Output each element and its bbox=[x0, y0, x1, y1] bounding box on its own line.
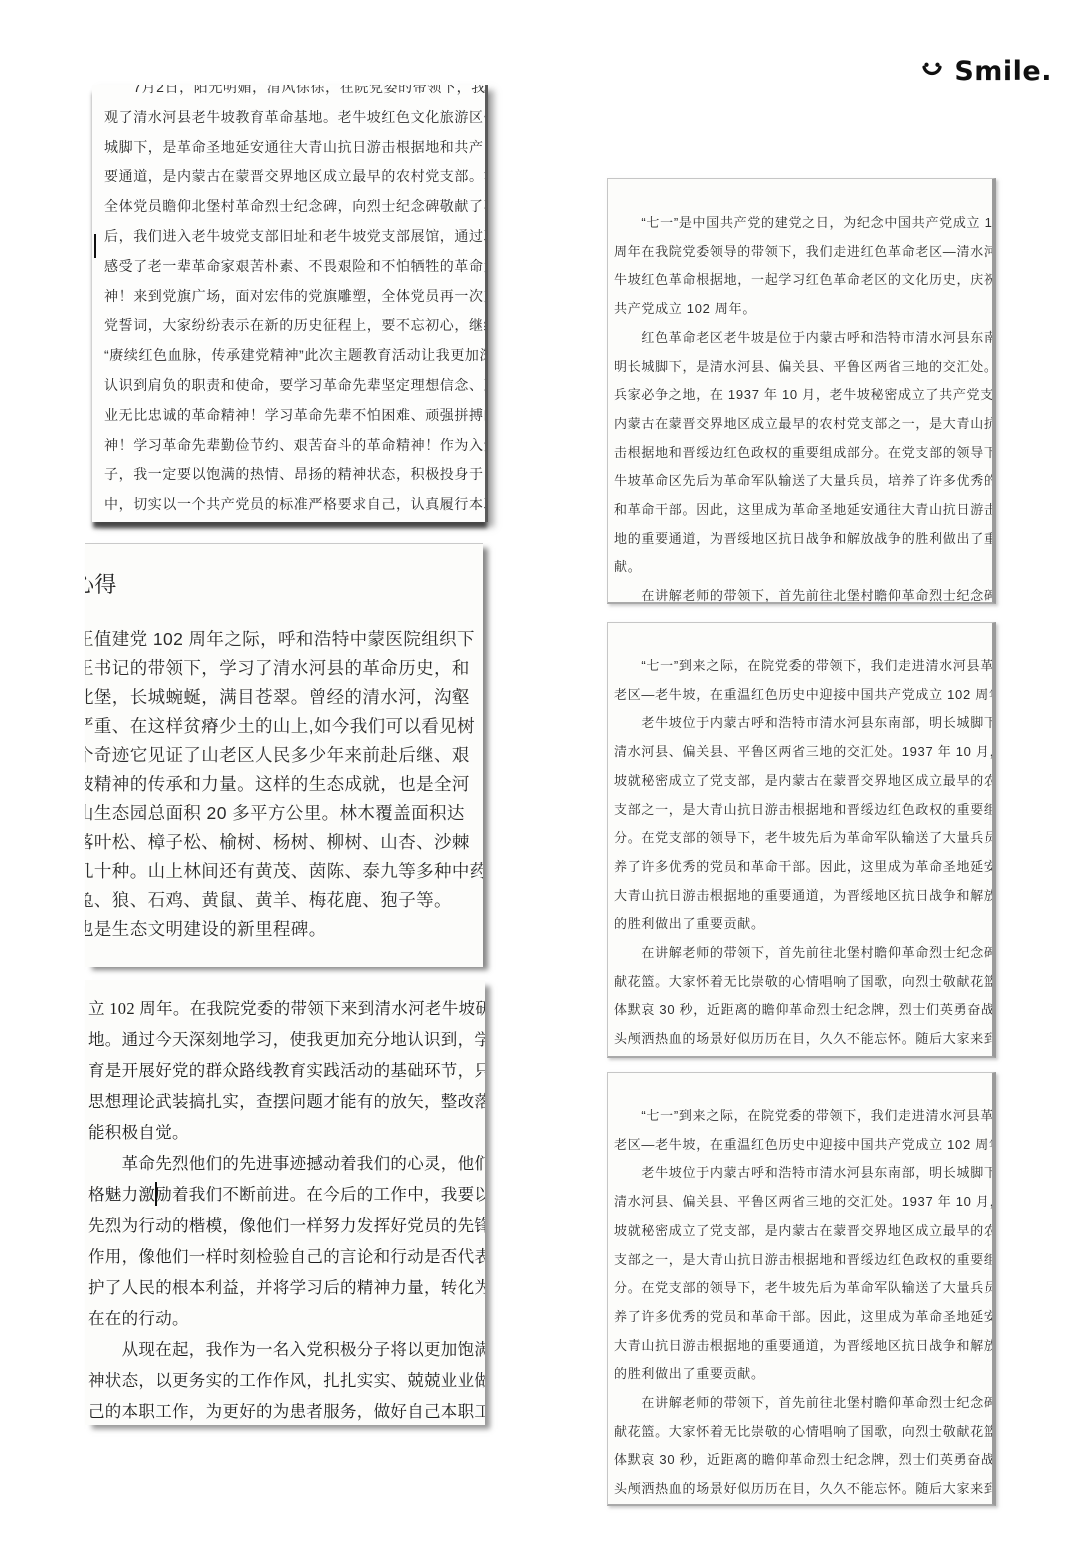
text-line: 坡精神的传承和力量。这样的生态成就，也是全河 bbox=[85, 770, 483, 799]
text-line: 共产党成立 102 周年。 bbox=[614, 295, 992, 324]
text-line: 己的本职工作，为更好的为患者服务，做好自己本职工作 bbox=[88, 1396, 485, 1425]
text-line: 7月2日，阳光明媚，清风徐徐，在院党委的带领下，我们参 bbox=[104, 85, 485, 103]
text-line: 周年在我院党委领导的带领下，我们走进红色革命老区—清水河县老 bbox=[614, 238, 992, 267]
text-line: 严重、在这样贫瘠少土的山上,如今我们可以看见树 bbox=[85, 712, 483, 741]
text-line: 红色革命老区老牛坡是位于内蒙古呼和浩特市清水河县东南部， bbox=[614, 324, 992, 353]
document-screenshot-left-2: 心得 正值建党 102 周年之际，呼和浩特中蒙医院组织下王书记的带领下，学习了清… bbox=[85, 543, 483, 967]
document-text: “七一”到来之际，在院党委的带领下，我们走进清水河县革命老区—老牛坡，在重温红色… bbox=[614, 1102, 992, 1504]
text-line: 能积极自觉。 bbox=[88, 1117, 485, 1148]
text-cursor-icon bbox=[94, 234, 96, 258]
text-line: “七一”到来之际，在院党委的带领下，我们走进清水河县革命 bbox=[614, 1102, 992, 1131]
text-line: 头颅洒热血的场景好似历历在目，久久不能忘怀。随后大家来到老牛 bbox=[614, 1475, 992, 1504]
text-line: 中，切实以一个共产党员的标准严格要求自己，认真履行本职工作 bbox=[104, 490, 485, 520]
text-line: 神！学习革命先辈勤俭节约、艰苦奋斗的革命精神！作为入党积极分 bbox=[104, 431, 485, 461]
text-line: 护了人民的根本利益，并将学习后的精神力量，转化为实 bbox=[88, 1272, 485, 1303]
text-line: 分。在党支部的领导下，老牛坡先后为革命军队输送了大量兵员，培 bbox=[614, 1274, 992, 1303]
text-line: 大青山抗日游击根据地的重要通道，为晋绥地区抗日战争和解放战争 bbox=[614, 1332, 992, 1361]
text-line: 献花篮。大家怀着无比崇敬的心情唱响了国歌，向烈士敬献花篮，全 bbox=[614, 968, 992, 997]
text-line: 献。 bbox=[614, 553, 992, 582]
text-line: 山生态园总面积 20 多平方公里。林木覆盖面积达 bbox=[85, 799, 483, 828]
text-line: 头颅洒热血的场景好似历历在目，久久不能忘怀。随后大家来到老牛 bbox=[614, 1025, 992, 1054]
text-line: 在讲解老师的带领下，首先前往北堡村瞻仰革命烈士纪念碑并敬 bbox=[614, 939, 992, 968]
smiley-icon bbox=[917, 57, 947, 87]
text-line: 全体党员瞻仰北堡村革命烈士纪念碑，向烈士纪念碑敬献了花篮。 bbox=[104, 192, 485, 222]
article-page: Smile. 7月2日，阳光明媚，清风徐徐，在院党委的带领下，我们参观了清水河县… bbox=[0, 0, 1080, 1551]
document-screenshot-right-2: “七一”到来之际，在院党委的带领下，我们走进清水河县革命老区—老牛坡，在重温红色… bbox=[607, 622, 996, 1058]
text-line: 要通道，是内蒙古在蒙晋交界地区成立最早的农村党支部。活动开始 bbox=[104, 162, 485, 192]
text-line: 在讲解老师的带领下，首先前往北堡村瞻仰革命烈士纪念碑并敬 bbox=[614, 1389, 992, 1418]
text-line: 清水河县、偏关县、平鲁区两省三地的交汇处。1937 年 10 月，老牛 bbox=[614, 1188, 992, 1217]
text-line: 击根据地和晋绥边红色政权的重要组成部分。在党支部的领导下，老 bbox=[614, 439, 992, 468]
text-line: 牛坡红色革命根据地，一起学习红色革命老区的文化历史，庆祝中国 bbox=[614, 266, 992, 295]
text-line: 革命先烈他们的先进事迹撼动着我们的心灵，他们的人 bbox=[88, 1148, 485, 1179]
text-line: 认识到肩负的职责和使命，要学习革命先辈坚定理想信念、对党的事 bbox=[104, 371, 485, 401]
text-line: 的胜利做出了重要贡献。 bbox=[614, 910, 992, 939]
text-line: “七一”是中国共产党的建党之日，为纪念中国共产党成立 102 bbox=[614, 209, 992, 238]
text-line: 兔、狼、石鸡、黄鼠、黄羊、梅花鹿、狍子等。 bbox=[85, 886, 483, 915]
text-line: 个奇迹它见证了山老区人民多少年来前赴后继、艰 bbox=[85, 741, 483, 770]
text-line: 格魅力激励着我们不断前进。在今后的工作中，我要以革 bbox=[88, 1179, 485, 1210]
document-text: 正值建党 102 周年之际，呼和浩特中蒙医院组织下王书记的带领下，学习了清水河县… bbox=[85, 625, 483, 944]
text-line: 育是开展好党的群众路线教育实践活动的基础环节，只有 bbox=[88, 1055, 485, 1086]
text-line: 坡就秘密成立了党支部，是内蒙古在蒙晋交界地区成立最早的农村党 bbox=[614, 1217, 992, 1246]
text-line: 在在的行动。 bbox=[88, 1303, 485, 1334]
text-line: 老区—老牛坡，在重温红色历史中迎接中国共产党成立 102 周年。 bbox=[614, 681, 992, 710]
text-line: 明长城脚下，是清水河县、偏关县、平鲁区两省三地的交汇处。也是 bbox=[614, 353, 992, 382]
text-line: 正值建党 102 周年之际，呼和浩特中蒙医院组织下 bbox=[85, 625, 483, 654]
document-text: “七一”是中国共产党的建党之日，为纪念中国共产党成立 102周年在我院党委领导的… bbox=[614, 209, 992, 604]
text-line: 王书记的带领下，学习了清水河县的革命历史，和 bbox=[85, 654, 483, 683]
text-line: 体默哀 30 秒，近距离的瞻仰革命烈士纪念牌，烈士们英勇奋战、抛 bbox=[614, 996, 992, 1025]
text-line: 体默哀 30 秒，近距离的瞻仰革命烈士纪念牌，烈士们英勇奋战、抛 bbox=[614, 1446, 992, 1475]
text-line: 支部之一，是大青山抗日游击根据地和晋绥边红色政权的重要组成部 bbox=[614, 1246, 992, 1275]
document-text: “七一”到来之际，在院党委的带领下，我们走进清水河县革命老区—老牛坡，在重温红色… bbox=[614, 652, 992, 1054]
text-line: 落叶松、樟子松、榆树、杨树、柳树、山杏、沙棘 bbox=[85, 828, 483, 857]
text-line: 大青山抗日游击根据地的重要通道，为晋绥地区抗日战争和解放战争 bbox=[614, 882, 992, 911]
text-line: 城脚下，是革命圣地延安通往大青山抗日游击根据地和共产国际的 bbox=[104, 133, 485, 163]
text-line: 地的重要通道，为晋绥地区抗日战争和解放战争的胜利做出了重要贡 bbox=[614, 525, 992, 554]
text-line: 从现在起，我作为一名入党积极分子将以更加饱满的精 bbox=[88, 1334, 485, 1365]
text-line: 作用，像他们一样时刻检验自己的言论和行动是否代表和 bbox=[88, 1241, 485, 1272]
text-line: 也是生态文明建设的新里程碑。 bbox=[85, 915, 483, 944]
text-line: 和革命干部。因此，这里成为革命圣地延安通往大青山抗日游击根据 bbox=[614, 496, 992, 525]
document-screenshot-right-3: “七一”到来之际，在院党委的带领下，我们走进清水河县革命老区—老牛坡，在重温红色… bbox=[607, 1072, 996, 1506]
text-line: 思想理论武装搞扎实，查摆问题才能有的放矢，整改落实 bbox=[88, 1086, 485, 1117]
text-line: 分。在党支部的领导下，老牛坡先后为革命军队输送了大量兵员，培 bbox=[614, 824, 992, 853]
text-line: 立 102 周年。在我院党委的带领下来到清水河老牛坡研学 bbox=[88, 993, 485, 1024]
text-cursor-icon bbox=[155, 1182, 157, 1206]
text-line: 在讲解老师的带领下，首先前往北堡村瞻仰革命烈士纪念碑并敬 bbox=[614, 582, 992, 604]
text-line: 牛坡革命区先后为革命军队输送了大量兵员，培养了许多优秀的党员 bbox=[614, 467, 992, 496]
text-line: 观了清水河县老牛坡教育革命基地。老牛坡红色文化旅游区位于明 bbox=[104, 103, 485, 133]
text-line: 老牛坡位于内蒙古呼和浩特市清水河县东南部，明长城脚下，是 bbox=[614, 1159, 992, 1188]
document-text: 7月2日，阳光明媚，清风徐徐，在院党委的带领下，我们参观了清水河县老牛坡教育革命… bbox=[104, 85, 485, 520]
text-line: 内蒙古在蒙晋交界地区成立最早的农村党支部之一，是大青山抗日游 bbox=[614, 410, 992, 439]
text-line: 几十种。山上林间还有黄茂、茵陈、泰九等多种中药 bbox=[85, 857, 483, 886]
text-line: 养了许多优秀的党员和革命干部。因此，这里成为革命圣地延安通往 bbox=[614, 853, 992, 882]
text-line: 的胜利做出了重要贡献。 bbox=[614, 1360, 992, 1389]
text-line: 子，我一定要以饱满的热情、昂扬的精神状态，积极投身于日常工作 bbox=[104, 460, 485, 490]
text-line: 坡就秘密成立了党支部，是内蒙古在蒙晋交界地区成立最早的农村党 bbox=[614, 767, 992, 796]
text-line: 业无比忠诚的革命精神！学习革命先辈不怕困难、顽强拼搏的革命精 bbox=[104, 401, 485, 431]
document-screenshot-right-1: “七一”是中国共产党的建党之日，为纪念中国共产党成立 102周年在我院党委领导的… bbox=[607, 178, 996, 604]
text-line: 党誓词，大家纷纷表示在新的历史征程上，要不忘初心，继续前进。 bbox=[104, 311, 485, 341]
document-heading: 心得 bbox=[85, 570, 483, 600]
logo-text: Smile. bbox=[954, 56, 1052, 87]
text-line: 清水河县、偏关县、平鲁区两省三地的交汇处。1937 年 10 月，老牛 bbox=[614, 738, 992, 767]
document-screenshot-left-3: 立 102 周年。在我院党委的带领下来到清水河老牛坡研学地。通过今天深刻地学习，… bbox=[85, 980, 485, 1425]
text-line: 兵家必争之地，在 1937 年 10 月，老牛坡秘密成立了共产党支部，是 bbox=[614, 381, 992, 410]
text-line: 支部之一，是大青山抗日游击根据地和晋绥边红色政权的重要组成部 bbox=[614, 796, 992, 825]
text-line: 神！来到党旗广场，面对宏伟的党旗雕塑，全体党员再一次重温了入 bbox=[104, 282, 485, 312]
text-line: 感受了老一辈革命家艰苦朴素、不畏艰险和不怕牺牲的革命大无畏精 bbox=[104, 252, 485, 282]
brand-header: Smile. bbox=[917, 56, 1052, 87]
text-line: 养了许多优秀的党员和革命干部。因此，这里成为革命圣地延安通往 bbox=[614, 1303, 992, 1332]
document-screenshot-left-1: 7月2日，阳光明媚，清风徐徐，在院党委的带领下，我们参观了清水河县老牛坡教育革命… bbox=[92, 85, 488, 522]
text-line: “赓续红色血脉，传承建党精神”此次主题教育活动让我更加深刻的 bbox=[104, 341, 485, 371]
text-line: 神状态，以更务实的工作作风，扎扎实实、兢兢业业做好 bbox=[88, 1365, 485, 1396]
text-line: 先烈为行动的楷模，像他们一样努力发挥好党员的先锋模 bbox=[88, 1210, 485, 1241]
text-line: 献花篮。大家怀着无比崇敬的心情唱响了国歌，向烈士敬献花篮，全 bbox=[614, 1418, 992, 1447]
text-line: 老牛坡位于内蒙古呼和浩特市清水河县东南部，明长城脚下，是 bbox=[614, 709, 992, 738]
text-line: 北堡，长城蜿蜒，满目苍翠。曾经的清水河，沟壑 bbox=[85, 683, 483, 712]
text-line: 地。通过今天深刻地学习，使我更加充分地认识到，学习 bbox=[88, 1024, 485, 1055]
text-line: 后，我们进入老牛坡党支部旧址和老牛坡党支部展馆，通过聆听讲解 bbox=[104, 222, 485, 252]
text-line: 老区—老牛坡，在重温红色历史中迎接中国共产党成立 102 周年。 bbox=[614, 1131, 992, 1160]
document-text: 立 102 周年。在我院党委的带领下来到清水河老牛坡研学地。通过今天深刻地学习，… bbox=[88, 993, 485, 1425]
text-line: “七一”到来之际，在院党委的带领下，我们走进清水河县革命 bbox=[614, 652, 992, 681]
